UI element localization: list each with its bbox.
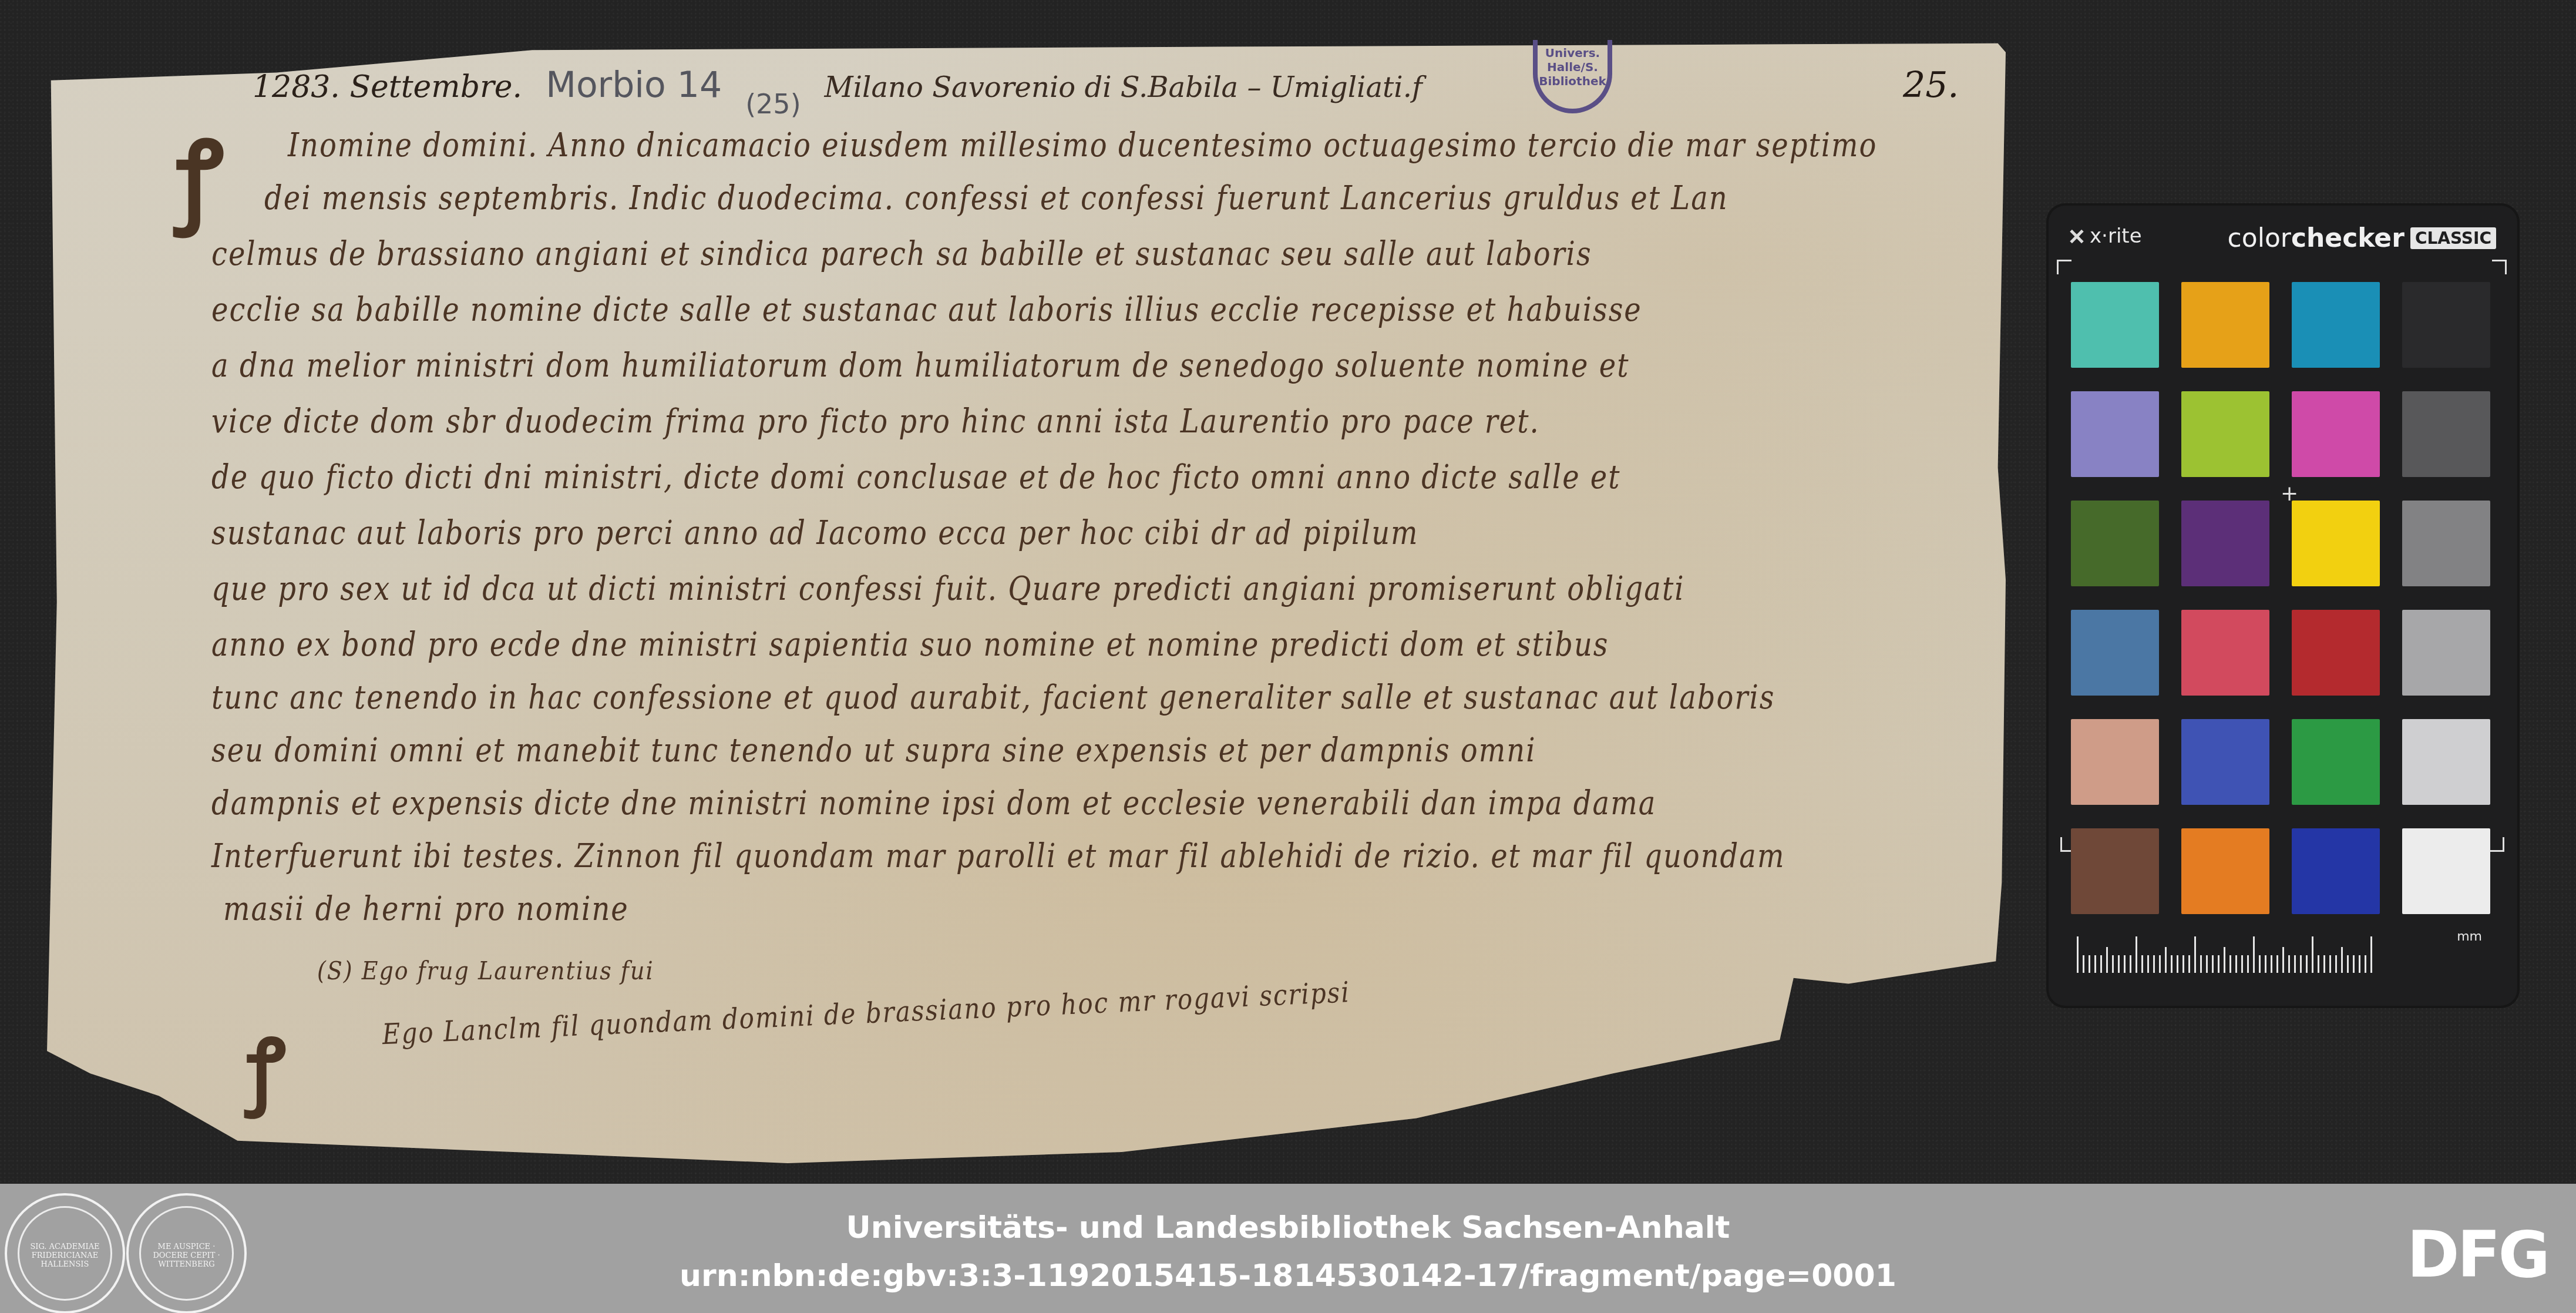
ruler-tick: [2106, 947, 2108, 973]
color-patch: [2181, 282, 2269, 368]
color-patch: [2402, 610, 2490, 696]
color-patch: [2181, 610, 2269, 696]
corner-mark-icon: [2492, 260, 2507, 274]
ruler-tick: [2294, 955, 2296, 973]
ruler-tick: [2159, 955, 2161, 973]
footer-bar: SIG. ACADEMIAE FRIDERICIANAE HALLENSIS M…: [0, 1184, 2576, 1313]
color-patch: [2181, 501, 2269, 586]
xrite-mark-icon: [2069, 228, 2085, 244]
ruler-tick: [2365, 955, 2366, 973]
text-line: que pro sex ut id dca ut dicti ministri …: [211, 570, 1685, 608]
product-name-light: color: [2228, 223, 2291, 253]
ruler-tick: [2318, 955, 2319, 973]
ruler-tick: [2212, 955, 2214, 973]
ruler-tick: [2370, 936, 2372, 973]
archival-annotation: 1283. Settembre. Morbio 14 (25) Milano S…: [253, 65, 1422, 106]
notary-signum-bottom-icon: ꝭ: [247, 1010, 285, 1123]
classic-badge: CLASSIC: [2410, 227, 2496, 249]
annotation-place: Milano Savorenio di S.Babila – Umigliati…: [825, 71, 1422, 104]
ruler-unit: mm: [2457, 929, 2482, 944]
notary-signum-icon: ꝭ: [176, 106, 224, 242]
color-patch-grid: [2071, 282, 2491, 840]
scan-image: 1283. Settembre. Morbio 14 (25) Milano S…: [0, 0, 2576, 1184]
xrite-brand: x·rite: [2090, 224, 2142, 248]
mm-ruler: [2077, 932, 2453, 973]
ruler-tick: [2312, 936, 2313, 973]
text-line: (S) Ego frug Laurentius fui: [317, 956, 654, 986]
color-patch: [2402, 828, 2490, 914]
ruler-tick: [2177, 955, 2178, 973]
ruler-tick: [2130, 955, 2131, 973]
ruler-tick: [2265, 955, 2266, 973]
ruler-tick: [2147, 955, 2149, 973]
ruler-tick: [2218, 955, 2219, 973]
text-line: Interfuerunt ibi testes. Zinnon fil quon…: [211, 838, 1785, 875]
ruler-tick: [2235, 955, 2237, 973]
ruler-tick: [2247, 955, 2249, 973]
text-line: anno ex bond pro ecde dne ministri sapie…: [211, 626, 1609, 664]
ruler-tick: [2359, 955, 2360, 973]
color-patch: [2071, 719, 2159, 805]
ruler-tick: [2347, 955, 2349, 973]
color-patch: [2181, 719, 2269, 805]
ruler-tick: [2271, 955, 2272, 973]
ruler-tick: [2194, 936, 2196, 973]
ruler-tick: [2206, 955, 2208, 973]
color-patch: [2402, 391, 2490, 477]
ruler-tick: [2288, 955, 2290, 973]
xrite-logo: x·rite: [2069, 224, 2142, 248]
corner-mark-icon: [2057, 260, 2071, 274]
ruler-tick: [2124, 955, 2126, 973]
color-patch: [2402, 501, 2490, 586]
color-patch: [2292, 282, 2380, 368]
ruler-tick: [2165, 947, 2167, 973]
ruler-tick: [2282, 947, 2284, 973]
ruler-tick: [2112, 955, 2114, 973]
ruler-tick: [2323, 955, 2325, 973]
color-patch: [2181, 391, 2269, 477]
crosshair-icon: +: [2281, 482, 2298, 506]
color-patch: [2071, 828, 2159, 914]
annotation-pencil-ref: Morbio 14: [546, 65, 722, 106]
urn-identifier[interactable]: urn:nbn:de:gbv:3:3-1192015415-1814530142…: [0, 1258, 2576, 1294]
ruler-tick: [2229, 955, 2231, 973]
text-line: seu domini omni et manebit tunc tenendo …: [211, 732, 1536, 770]
ruler-tick: [2171, 955, 2173, 973]
ruler-tick: [2241, 955, 2243, 973]
ruler-tick: [2329, 955, 2331, 973]
color-patch: [2071, 610, 2159, 696]
text-line: dampnis et expensis dicte dne ministri n…: [211, 785, 1656, 822]
ruler-tick: [2335, 955, 2337, 973]
ruler-tick: [2224, 947, 2225, 973]
library-name: Universitäts- und Landesbibliothek Sachs…: [0, 1210, 2576, 1245]
color-patch: [2292, 391, 2380, 477]
color-patch: [2071, 282, 2159, 368]
color-patch: [2292, 610, 2380, 696]
ruler-tick: [2083, 955, 2084, 973]
ruler-tick: [2300, 955, 2302, 973]
annotation-date: 1283. Settembre.: [253, 69, 522, 105]
text-line: masii de herni pro nomine: [223, 891, 629, 928]
text-line: Inomine domini. Anno dnicamacio eiusdem …: [288, 127, 1878, 164]
signum-glyph: ꝭ: [176, 119, 224, 237]
ruler-tick: [2259, 955, 2261, 973]
text-line: ecclie sa babille nomine dicte salle et …: [211, 291, 1642, 329]
ruler-tick: [2253, 936, 2255, 973]
text-line: dei mensis septembris. Indic duodecima. …: [264, 180, 1728, 217]
colorchecker-card: x·rite color checker CLASSIC + mm: [2049, 206, 2517, 1006]
text-line: tunc anc tenendo in hac confessione et q…: [211, 679, 1775, 717]
ruler-tick: [2200, 955, 2202, 973]
color-patch: [2292, 828, 2380, 914]
color-patch: [2071, 501, 2159, 586]
folio-number: 25.: [1903, 65, 1959, 106]
ruler-tick: [2182, 955, 2184, 973]
corner-mark-icon: [2490, 837, 2504, 852]
color-patch: [2071, 391, 2159, 477]
annotation-pencil-sub: (25): [745, 88, 801, 120]
ruler-tick: [2089, 955, 2090, 973]
color-patch: [2292, 501, 2380, 586]
ruler-tick: [2077, 936, 2079, 973]
colorchecker-title: color checker CLASSIC: [2228, 223, 2496, 253]
text-line: celmus de brassiano angiani et sindica p…: [211, 236, 1592, 273]
ruler-tick: [2353, 955, 2355, 973]
text-line: de quo ficto dicti dni ministri, dicte d…: [211, 459, 1621, 496]
ruler-tick: [2141, 955, 2143, 973]
text-line: vice dicte dom sbr duodecim frima pro fi…: [211, 403, 1540, 441]
ruler-tick: [2100, 955, 2102, 973]
color-patch: [2181, 828, 2269, 914]
color-patch: [2292, 719, 2380, 805]
text-line: a dna melior ministri dom humiliatorum d…: [211, 347, 1629, 385]
ruler-tick: [2276, 955, 2278, 973]
ruler-tick: [2118, 955, 2120, 973]
ruler-tick: [2306, 955, 2308, 973]
stamp-text: Univers. Halle/S. Bibliothek: [1539, 46, 1606, 88]
ruler-tick: [2153, 955, 2155, 973]
text-line: sustanac aut laboris pro perci anno ad I…: [211, 515, 1419, 552]
ruler-tick: [2094, 955, 2096, 973]
dfg-logo: DFG: [2407, 1224, 2548, 1287]
product-name-bold: checker: [2291, 223, 2405, 253]
ruler-tick: [2341, 947, 2343, 973]
color-patch: [2402, 719, 2490, 805]
ruler-tick: [2188, 955, 2190, 973]
ruler-tick: [2136, 936, 2137, 973]
color-patch: [2402, 282, 2490, 368]
signum-glyph: ꝭ: [247, 1022, 285, 1118]
